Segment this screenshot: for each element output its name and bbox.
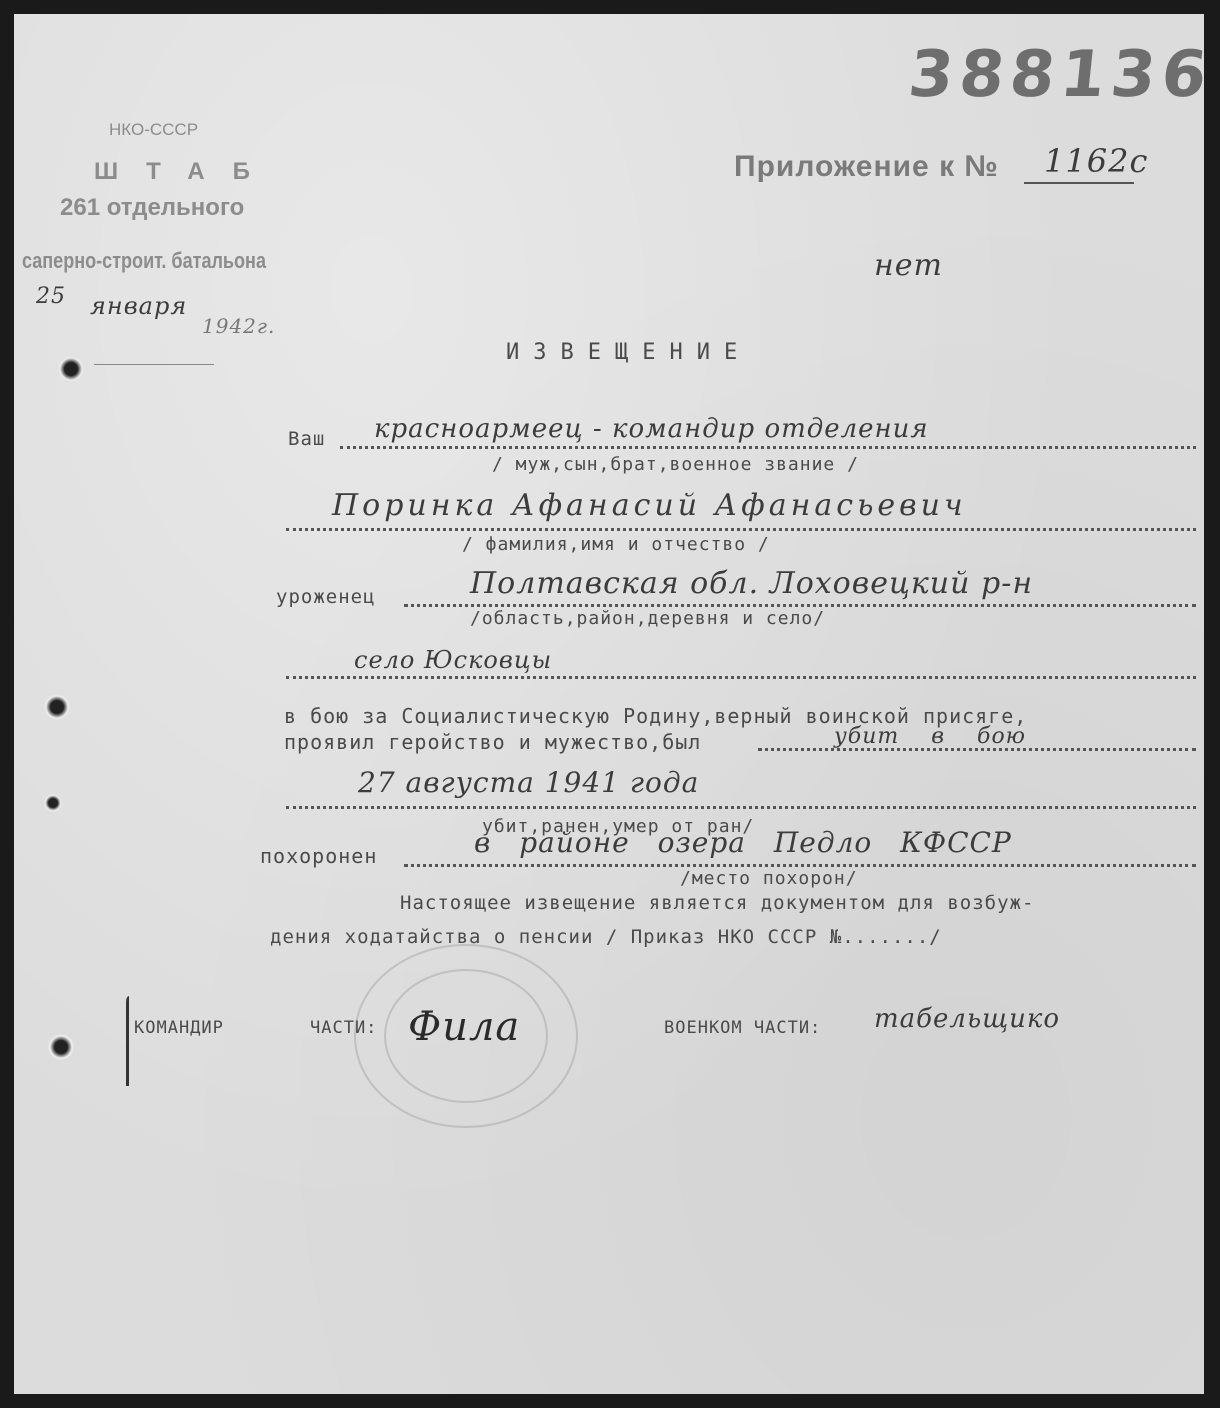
stamp-line xyxy=(94,364,214,365)
relation-label: Ваш xyxy=(288,428,325,450)
birthplace-value: Полтавская обл. Лоховецкий р-н xyxy=(470,566,1033,601)
birthplace-label: уроженец xyxy=(276,586,376,608)
annotation-net: нет xyxy=(874,248,943,283)
burial-dots xyxy=(404,864,1196,867)
commissar-label: ВОЕНКОМ ЧАСТИ: xyxy=(664,1018,821,1038)
notice-line-2: дения ходатайства о пенсии / Приказ НКО … xyxy=(270,926,942,948)
stamp-date-day: 25 xyxy=(36,284,66,309)
commissar-signature: табельщико xyxy=(874,1004,1060,1034)
stamp-unit-type: саперно-строит. батальона xyxy=(22,248,266,274)
burial-hint: /место похорон/ xyxy=(680,868,858,889)
relation-hint: / муж,сын,брат,военное звание / xyxy=(492,454,859,475)
birthplace-dots xyxy=(404,604,1196,607)
body-line-2: проявил геройство и мужество,был xyxy=(284,730,701,754)
village-dots xyxy=(286,676,1196,679)
burial-value: в районе озера Педло КФССР xyxy=(474,826,1012,859)
burial-label: похоронен xyxy=(260,844,377,868)
stamp-date-month: января xyxy=(90,292,187,320)
appendix-label-text: Приложение к № xyxy=(734,150,999,183)
fate-value: убит в бою xyxy=(834,724,1026,749)
stamp-shtab: ШТАБ xyxy=(94,158,278,186)
appendix-underline xyxy=(1024,182,1134,184)
notice-line-1: Настоящее извещение является документом … xyxy=(400,892,1034,914)
stamp-date-year: 1942г. xyxy=(202,314,275,338)
stamp-nko: НКО-СССР xyxy=(109,120,198,140)
appendix-label: Приложение к № xyxy=(734,150,999,184)
date-dots xyxy=(286,806,1196,809)
document-title: ИЗВЕЩЕНИЕ xyxy=(506,340,751,365)
document-page: 388136 Приложение к № 1162с нет НКО-СССР… xyxy=(14,14,1204,1394)
commander-signature: Фила xyxy=(408,1004,520,1050)
punch-hole xyxy=(58,356,84,382)
punch-hole xyxy=(44,794,62,812)
name-dots xyxy=(286,528,1196,531)
full-name-value: Поринка Афанасий Афанасьевич xyxy=(332,488,967,523)
unit-label: ЧАСТИ: xyxy=(310,1018,377,1038)
punch-hole xyxy=(44,694,70,720)
name-hint: / фамилия,имя и отчество / xyxy=(462,534,770,555)
punch-hole xyxy=(48,1034,74,1060)
signature-bracket xyxy=(126,996,129,1086)
archive-number: 388136 xyxy=(905,38,1216,112)
stamp-unit-number: 261 отдельного xyxy=(60,194,244,222)
death-date: 27 августа 1941 года xyxy=(358,766,699,799)
relation-value: красноармеец - командир отделения xyxy=(374,414,929,444)
commander-label: КОМАНДИР xyxy=(134,1018,224,1038)
birthplace-village: село Юсковцы xyxy=(354,646,552,674)
birthplace-hint: /область,район,деревня и село/ xyxy=(470,608,825,629)
relation-dots xyxy=(340,446,1196,449)
appendix-number: 1162с xyxy=(1044,142,1148,180)
